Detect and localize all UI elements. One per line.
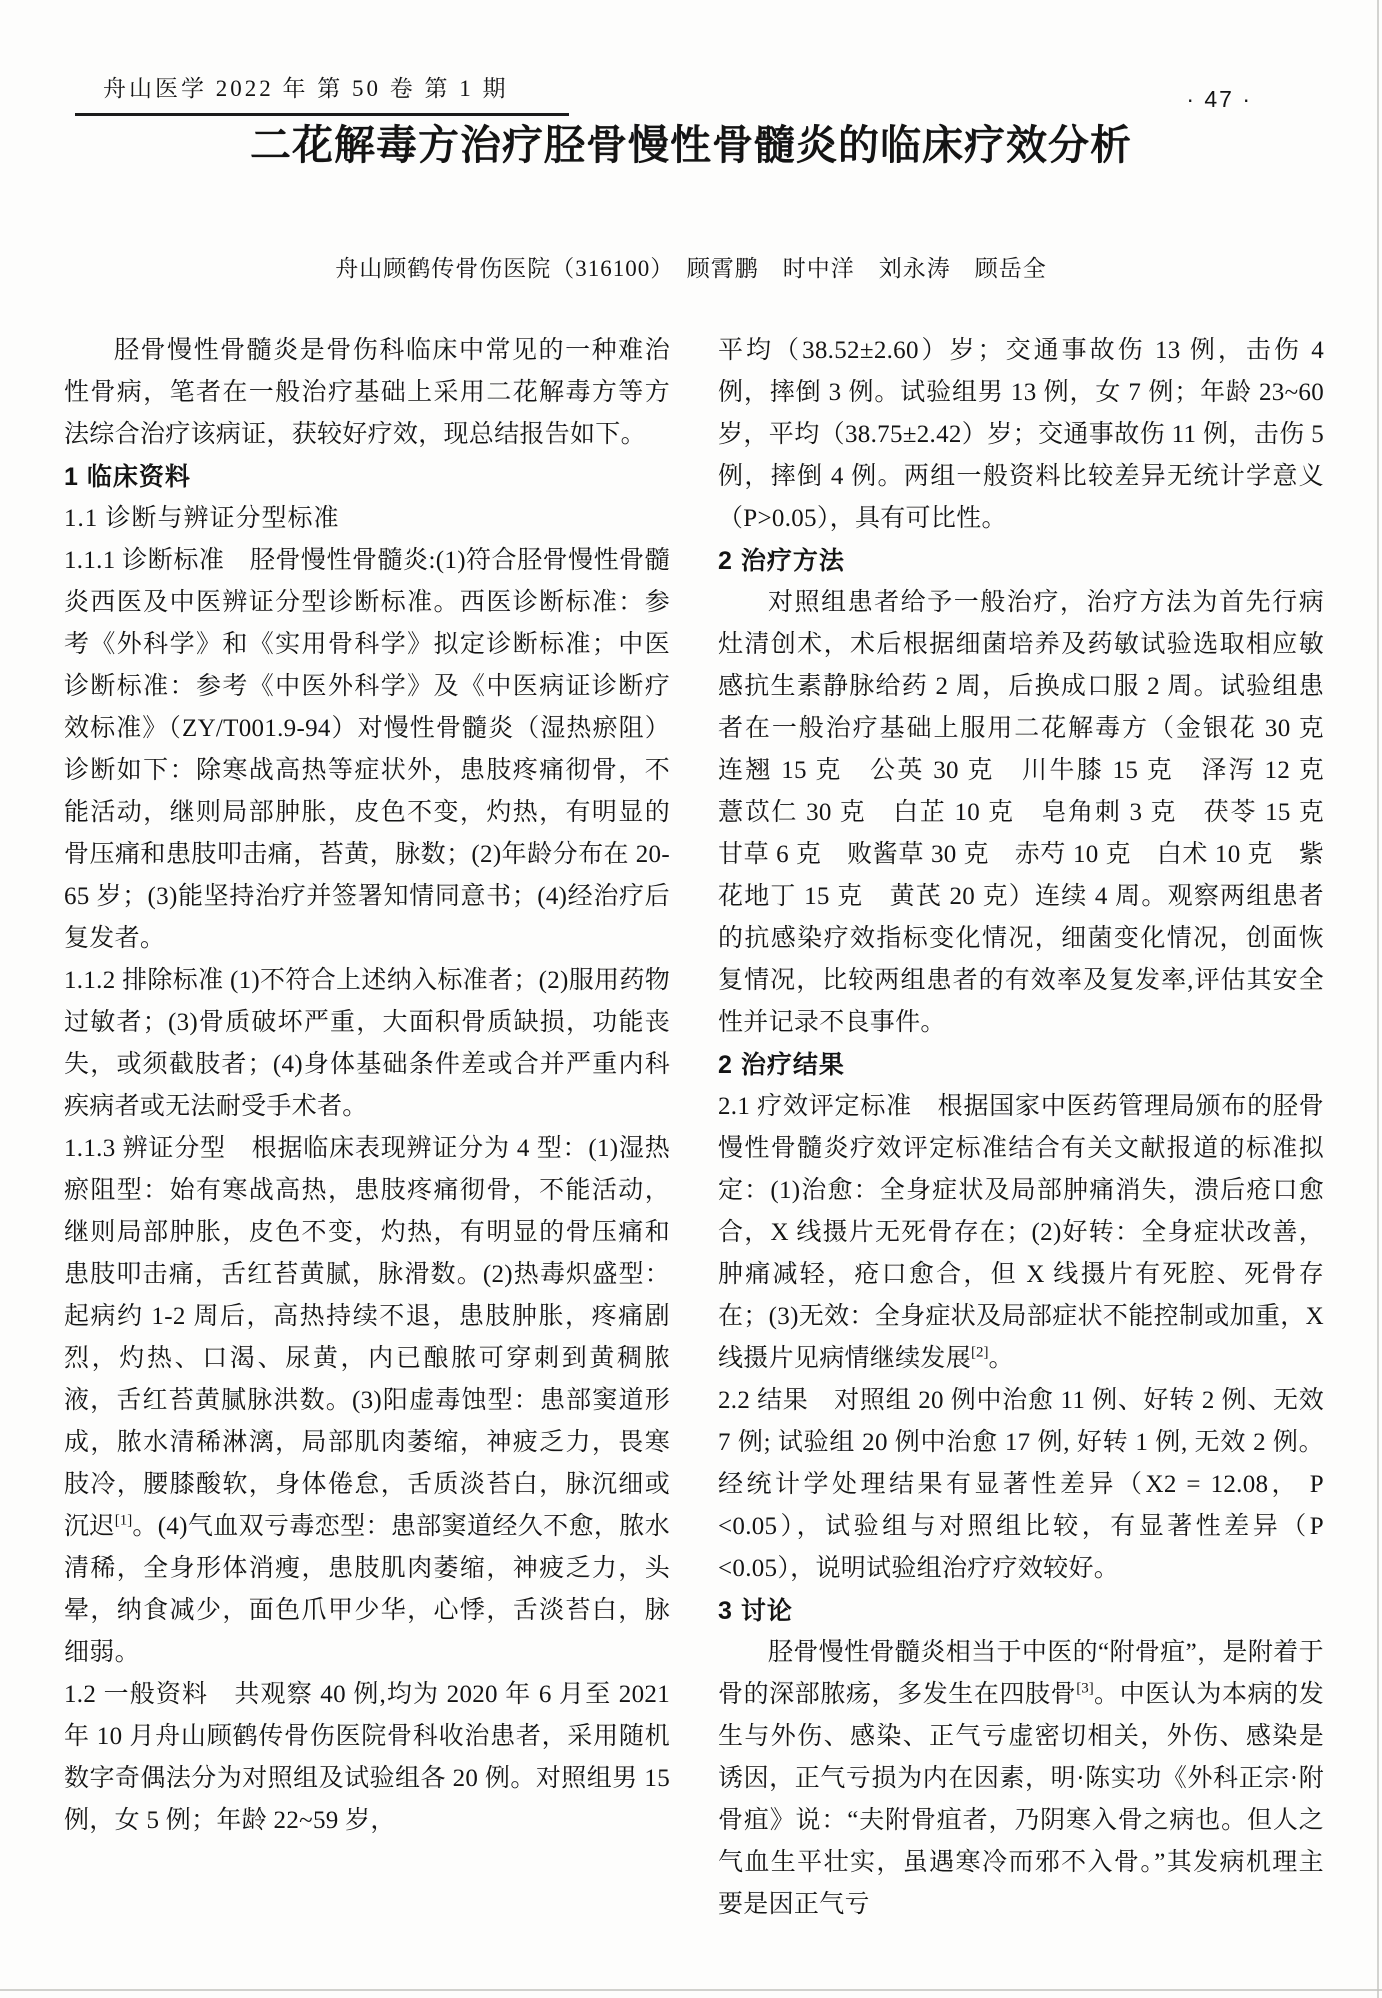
intro-paragraph: 胫骨慢性骨髓炎是骨伤科临床中常见的一种难治性骨病，笔者在一般治疗基础上采用二花解… bbox=[64, 330, 670, 456]
page-header: 舟山医学 2022 年 第 50 卷 第 1 期 · 47 · bbox=[75, 70, 1312, 116]
section-2-methods-heading: 2 治疗方法 bbox=[718, 540, 1324, 582]
section-2-results-heading: 2 治疗结果 bbox=[718, 1044, 1324, 1086]
section-2-1-paragraph: 2.1 疗效评定标准 根据国家中医药管理局颁布的胫骨慢性骨髓炎疗效评定标准结合有… bbox=[718, 1086, 1324, 1380]
section-2-2-paragraph: 2.2 结果 对照组 20 例中治愈 11 例、好转 2 例、无效 7 例; 试… bbox=[718, 1380, 1324, 1590]
section-1-1-3-paragraph: 1.1.3 辨证分型 根据临床表现辨证分为 4 型：(1)湿热瘀阻型：始有寒战高… bbox=[64, 1128, 670, 1674]
left-column: 胫骨慢性骨髓炎是骨伤科临床中常见的一种难治性骨病，笔者在一般治疗基础上采用二花解… bbox=[64, 330, 670, 1926]
page-number: · 47 · bbox=[1186, 86, 1252, 113]
journal-page: 舟山医学 2022 年 第 50 卷 第 1 期 · 47 · 二花解毒方治疗胫… bbox=[0, 0, 1382, 1998]
treatment-method-paragraph: 对照组患者给予一般治疗，治疗方法为首先行病灶清创术，术后根据细菌培养及药敏试验选… bbox=[718, 582, 1324, 1044]
article-title: 二花解毒方治疗胫骨慢性骨髓炎的临床疗效分析 bbox=[0, 112, 1382, 171]
journal-title: 舟山医学 2022 年 第 50 卷 第 1 期 bbox=[75, 70, 569, 116]
section-1-2-paragraph: 1.2 一般资料 共观察 40 例,均为 2020 年 6 月至 2021 年 … bbox=[64, 1674, 670, 1842]
section-1-1-2-paragraph: 1.1.2 排除标准 (1)不符合上述纳入标准者；(2)服用药物过敏者；(3)骨… bbox=[64, 960, 670, 1128]
scan-artifact-bottom-edge-line bbox=[0, 1989, 1382, 1991]
scan-artifact-right-edge-line bbox=[1377, 0, 1379, 1998]
section-3-discussion-heading: 3 讨论 bbox=[718, 1590, 1324, 1632]
article-body: 胫骨慢性骨髓炎是骨伤科临床中常见的一种难治性骨病，笔者在一般治疗基础上采用二花解… bbox=[64, 330, 1324, 1926]
section-1-heading: 1 临床资料 bbox=[64, 456, 670, 498]
section-1-1-heading: 1.1 诊断与辨证分型标准 bbox=[64, 498, 670, 540]
author-affiliation-line: 舟山顾鹤传骨伤医院（316100） 顾霄鹏 时中洋 刘永涛 顾岳全 bbox=[0, 250, 1382, 283]
discussion-paragraph: 胫骨慢性骨髓炎相当于中医的“附骨疽”，是附着于骨的深部脓疡，多发生在四肢骨[3]… bbox=[718, 1632, 1324, 1926]
right-column: 平均（38.52±2.60）岁；交通事故伤 13 例，击伤 4 例，摔倒 3 例… bbox=[718, 330, 1324, 1926]
general-data-continued-paragraph: 平均（38.52±2.60）岁；交通事故伤 13 例，击伤 4 例，摔倒 3 例… bbox=[718, 330, 1324, 540]
section-1-1-1-paragraph: 1.1.1 诊断标准 胫骨慢性骨髓炎:(1)符合胫骨慢性骨髓炎西医及中医辨证分型… bbox=[64, 540, 670, 960]
